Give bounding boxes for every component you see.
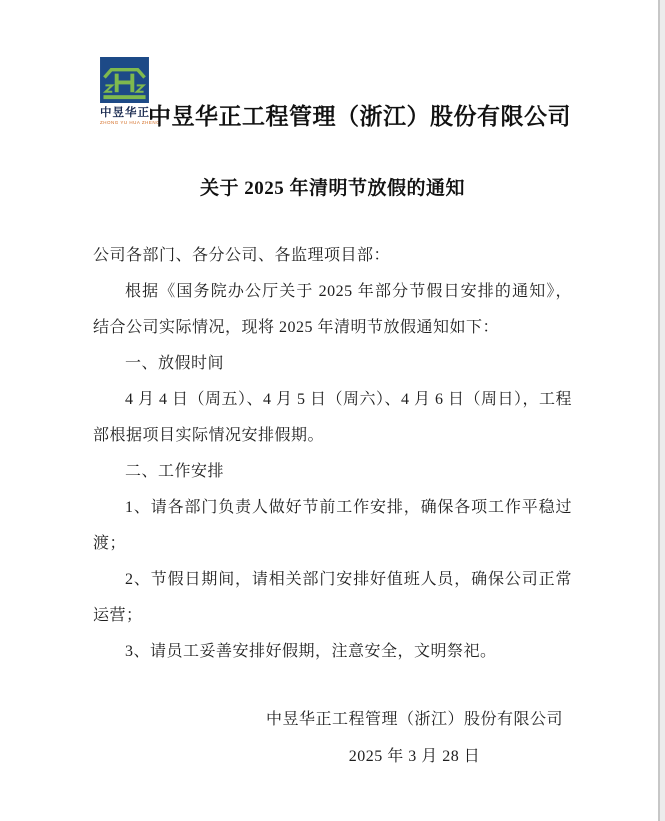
intro-paragraph: 根据《国务院办公厅关于 2025 年部分节假日安排的通知》，结合公司实际情况，现…: [93, 274, 572, 346]
section2-heading: 二、工作安排: [93, 454, 572, 490]
page-edge: [658, 0, 665, 821]
salutation: 公司各部门、各分公司、各监理项目部：: [93, 238, 572, 274]
section1-text: 4 月 4 日（周五）、4 月 5 日（周六）、4 月 6 日（周日），工程部根…: [93, 382, 572, 454]
logo-subcaption: ZHONG YU HUA ZHENG: [100, 120, 150, 126]
list-item: 2、节假日期间，请相关部门安排好值班人员，确保公司正常运营；: [93, 562, 572, 634]
document-body: 公司各部门、各分公司、各监理项目部： 根据《国务院办公厅关于 2025 年部分节…: [93, 238, 572, 670]
company-logo: 中昱华正 ZHONG YU HUA ZHENG: [100, 57, 150, 126]
signature-date: 2025 年 3 月 28 日: [266, 738, 563, 775]
document-page: 中昱华正 ZHONG YU HUA ZHENG 中昱华正工程管理（浙江）股份有限…: [0, 0, 665, 821]
document-title: 关于 2025 年清明节放假的通知: [0, 173, 665, 200]
company-name-header: 中昱华正工程管理（浙江）股份有限公司: [148, 98, 571, 131]
list-item: 3、请员工妥善安排好假期，注意安全，文明祭祀。: [93, 634, 572, 670]
signature-company: 中昱华正工程管理（浙江）股份有限公司: [266, 701, 563, 738]
signature-block: 中昱华正工程管理（浙江）股份有限公司 2025 年 3 月 28 日: [93, 701, 572, 775]
list-item: 1、请各部门负责人做好节前工作安排，确保各项工作平稳过渡；: [93, 490, 572, 562]
company-logo-icon: [100, 57, 149, 103]
logo-caption: 中昱华正: [100, 104, 150, 120]
section1-heading: 一、放假时间: [93, 346, 572, 382]
